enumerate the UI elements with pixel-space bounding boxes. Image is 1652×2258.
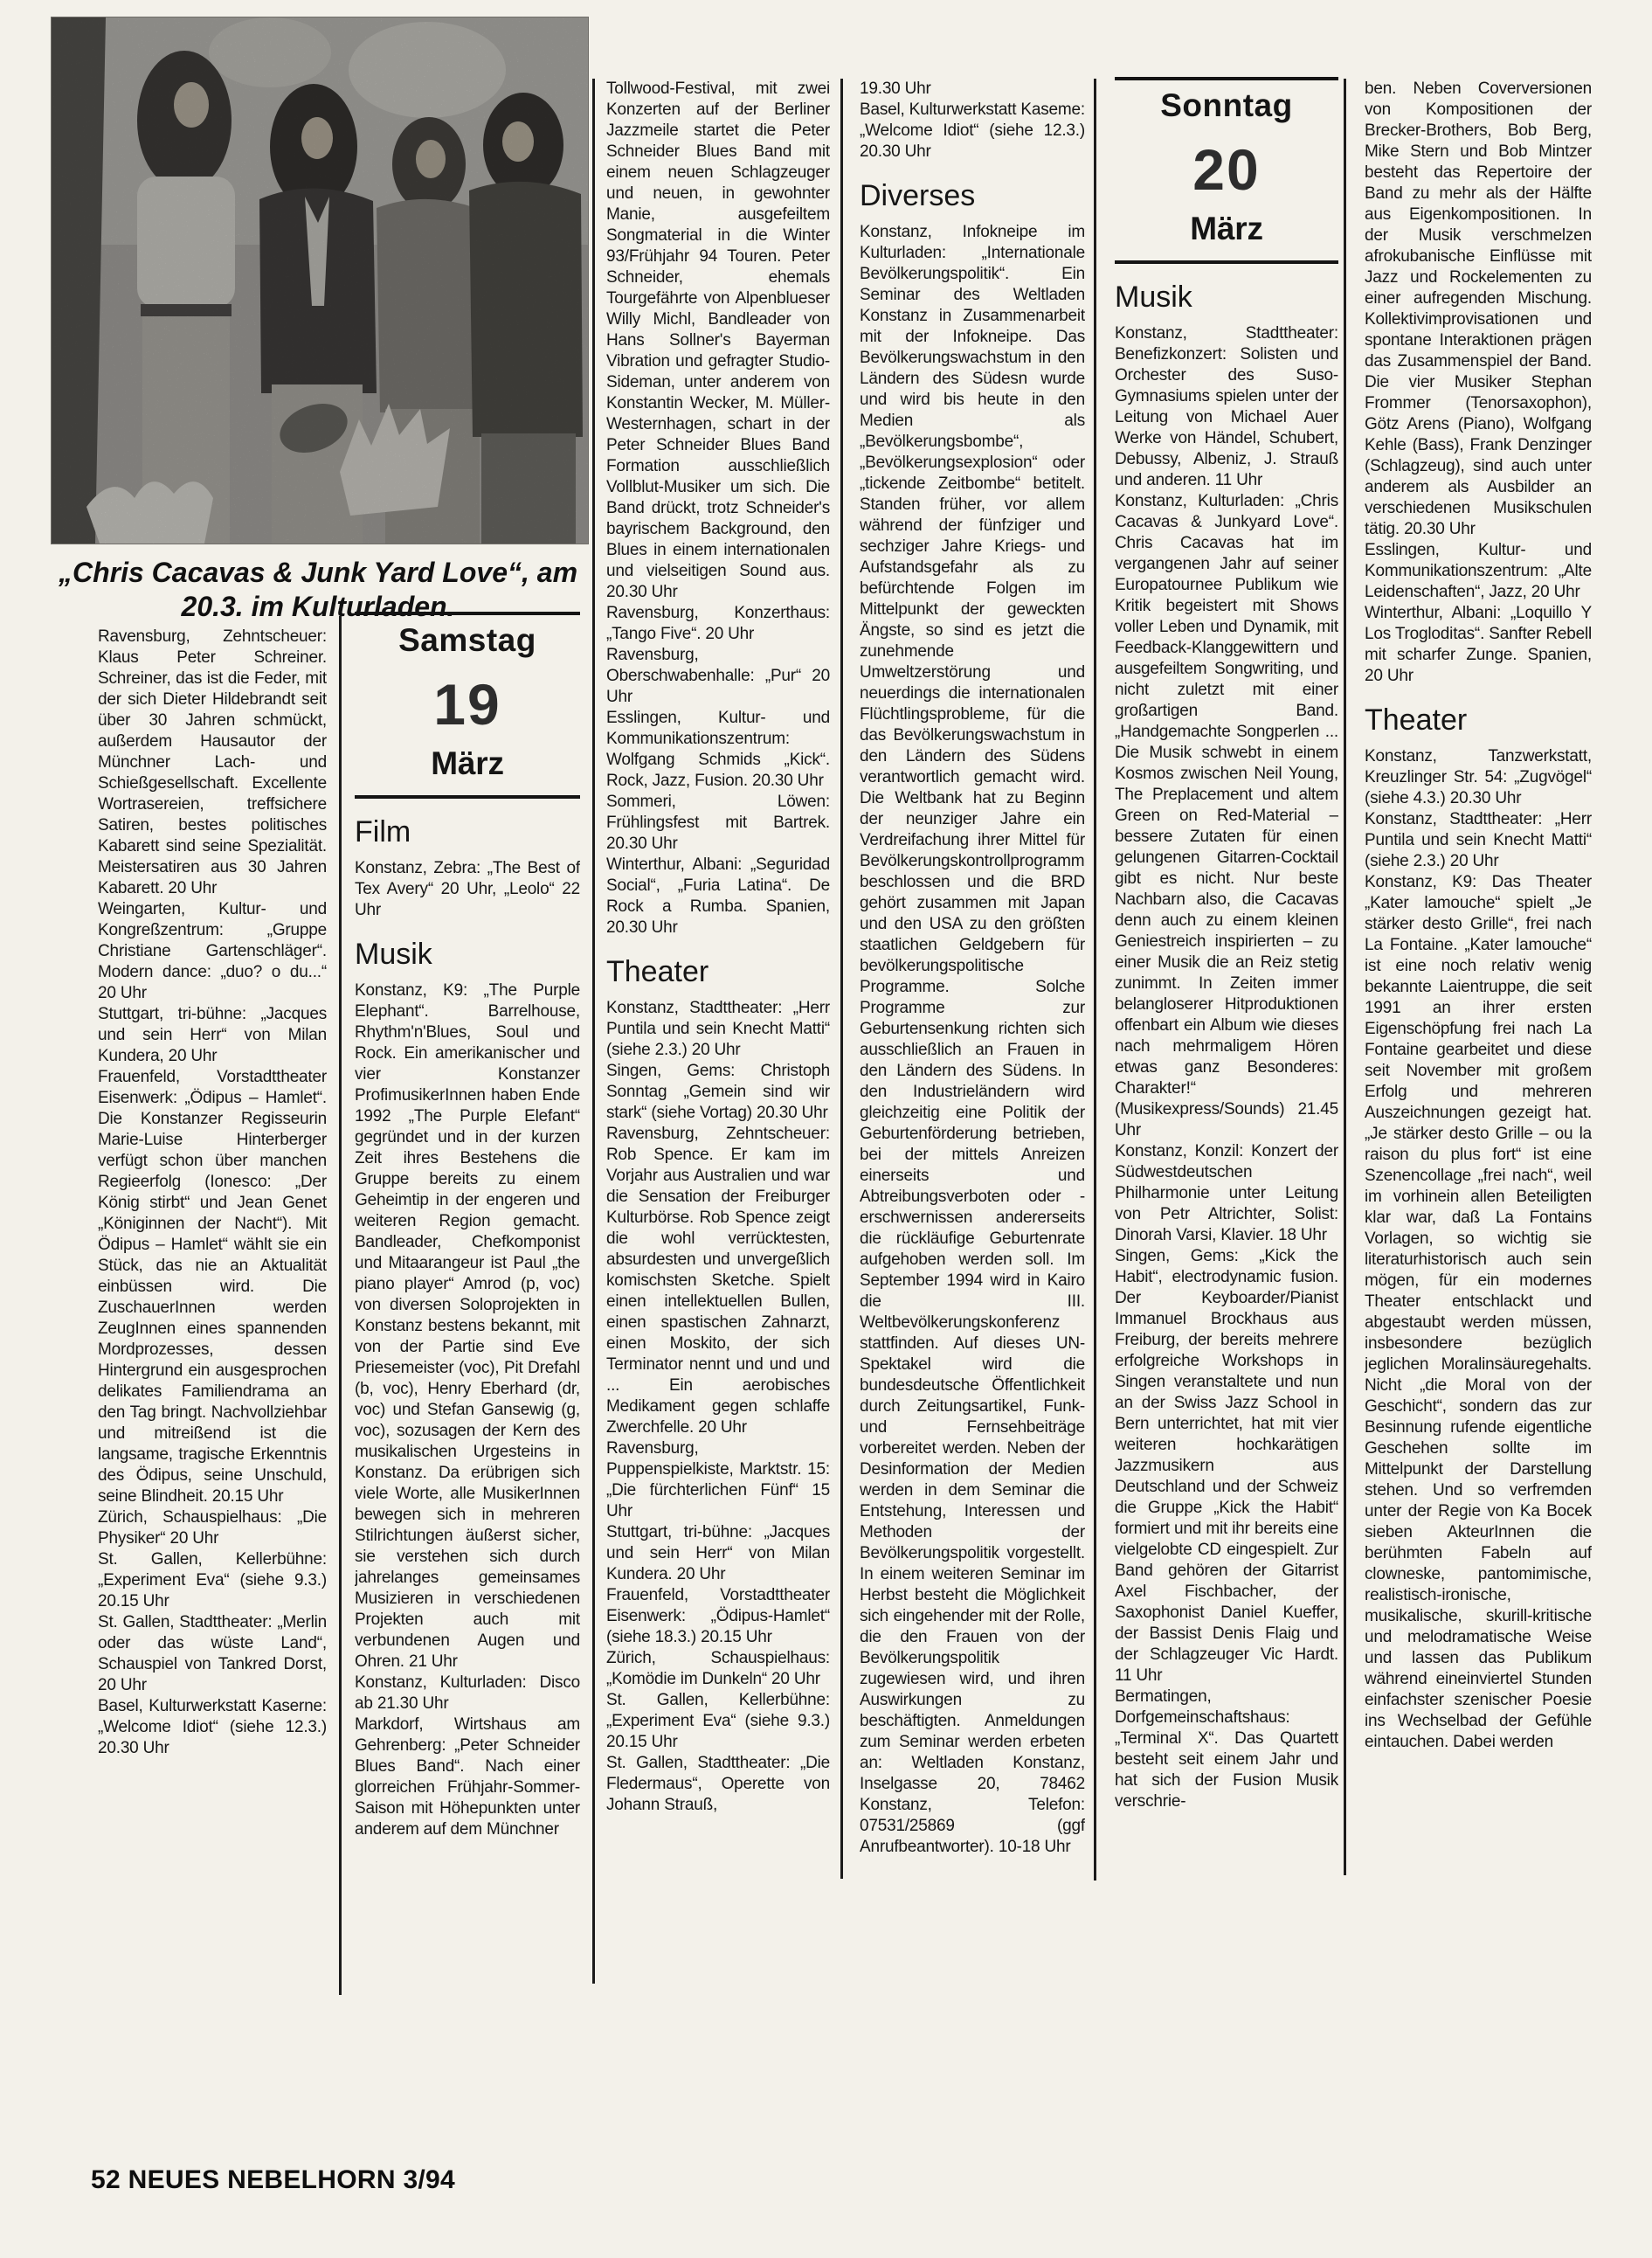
event-entry: Ravensburg, Zehntscheuer: Rob Spence. Er… <box>606 1124 830 1438</box>
event-entry: Markdorf, Wirtshaus am Gehrenberg: „Pete… <box>355 1714 580 1840</box>
event-entry: Winterthur, Albani: „Seguridad Social“, … <box>606 855 830 939</box>
event-entry: Singen, Gems: Christoph Sonntag „Gemein … <box>606 1061 830 1124</box>
event-entry: Singen, Gems: „Kick the Habit“, electrod… <box>1115 1246 1338 1687</box>
band-photo-graphic <box>52 17 588 544</box>
column-divider-4 <box>1094 79 1096 1881</box>
section-heading: Musik <box>355 937 580 972</box>
event-entry: Konstanz, Stadttheater: „Herr Puntila un… <box>1365 809 1592 872</box>
day-name: Samstag <box>355 620 580 661</box>
month-name: März <box>355 745 580 783</box>
event-entry: Konstanz, K9: „The Purple Elephant“. Bar… <box>355 980 580 1673</box>
event-entry: Stuttgart, tri-bühne: „Jacques und sein … <box>98 1004 327 1067</box>
text-column-2: Samstag19MärzFilmKonstanz, Zebra: „The B… <box>355 612 580 1979</box>
event-entry: St. Gallen, Stadttheater: „Die Fledermau… <box>606 1753 830 1816</box>
event-entry: Konstanz, Kulturladen: „Chris Cacavas & … <box>1115 491 1338 1141</box>
text-column-6: ben. Neben Coverversionen von Kompositio… <box>1365 79 1592 1877</box>
day-name: Sonntag <box>1115 86 1338 126</box>
month-name: März <box>1115 210 1338 248</box>
section-heading: Musik <box>1115 280 1338 315</box>
publication-footer: 52 NEUES NEBELHORN 3/94 <box>91 2165 455 2195</box>
section-heading: Diverses <box>860 178 1085 213</box>
event-entry: Zürich, Schauspielhaus: „Komödie im Dunk… <box>606 1648 830 1690</box>
band-photo <box>52 17 588 544</box>
column-divider-1 <box>339 616 342 1995</box>
event-entry: Bermatingen, Dorfgemeinschaftshaus: „Ter… <box>1115 1687 1338 1812</box>
photo-caption-line1: „Chris Cacavas & Junk Yard Love“, am <box>35 556 601 590</box>
event-entry: Esslingen, Kultur- und Kommunikationszen… <box>606 708 830 792</box>
event-entry: Zürich, Schauspielhaus: „Die Physiker“ 2… <box>98 1507 327 1549</box>
day-header-box: Sonntag20März <box>1115 77 1338 264</box>
section-heading: Film <box>355 814 580 849</box>
event-entry: Winterthur, Albani: „Loquillo Y Los Trog… <box>1365 603 1592 687</box>
section-heading: Theater <box>1365 703 1592 738</box>
event-entry: Konstanz, Kulturladen: Disco ab 21.30 Uh… <box>355 1673 580 1714</box>
column-divider-5 <box>1344 79 1346 1875</box>
column-divider-2 <box>592 79 595 1984</box>
event-entry: Tollwood-Festival, mit zwei Konzerten au… <box>606 79 830 603</box>
event-entry: Esslingen, Kultur- und Kommunikationszen… <box>1365 540 1592 603</box>
section-heading: Theater <box>606 954 830 989</box>
event-entry: St. Gallen, Kellerbühne: „Experiment Eva… <box>606 1690 830 1753</box>
event-entry: Sommeri, Löwen: Frühlingsfest mit Bartre… <box>606 792 830 855</box>
day-header-box: Samstag19März <box>355 612 580 799</box>
event-entry: Basel, Kulturwerkstatt Kaserne: „Welcome… <box>98 1696 327 1759</box>
event-entry: Konstanz, Stadttheater: „Herr Puntila un… <box>606 998 830 1061</box>
event-entry: St. Gallen, Stadttheater: „Merlin oder d… <box>98 1612 327 1696</box>
text-column-5: Sonntag20MärzMusikKonstanz, Stadttheater… <box>1115 77 1338 1877</box>
day-number: 19 <box>355 673 580 736</box>
event-entry: Basel, Kulturwerkstatt Kaseme: „Welcome … <box>860 100 1085 163</box>
event-entry: Weingarten, Kultur- und Kongreßzentrum: … <box>98 899 327 1004</box>
event-entry: St. Gallen, Kellerbühne: „Experiment Eva… <box>98 1549 327 1612</box>
event-entry: Ravensburg, Puppenspielkiste, Marktstr. … <box>606 1438 830 1522</box>
event-entry: Ravensburg, Oberschwabenhalle: „Pur“ 20 … <box>606 645 830 708</box>
event-entry: Konstanz, Infokneipe im Kulturladen: „In… <box>860 222 1085 1858</box>
text-column-1: Ravensburg, Zehntscheuer: Klaus Peter Sc… <box>98 627 327 1894</box>
event-entry: Konstanz, K9: Das Theater „Kater lamouch… <box>1365 872 1592 1753</box>
column-divider-3 <box>840 79 843 1879</box>
magazine-page: „Chris Cacavas & Junk Yard Love“, am 20.… <box>0 0 1652 2258</box>
event-entry: 19.30 Uhr <box>860 79 1085 100</box>
text-column-3: Tollwood-Festival, mit zwei Konzerten au… <box>606 79 830 1877</box>
day-number: 20 <box>1115 138 1338 201</box>
event-entry: Konstanz, Stadttheater: Benefizkonzert: … <box>1115 323 1338 491</box>
event-entry: Ravensburg, Konzerthaus: „Tango Five“. 2… <box>606 603 830 645</box>
event-entry: ben. Neben Coverversionen von Kompositio… <box>1365 79 1592 540</box>
text-column-4: 19.30 UhrBasel, Kulturwerkstatt Kaseme: … <box>860 79 1085 1868</box>
event-entry: Ravensburg, Zehntscheuer: Klaus Peter Sc… <box>98 627 327 899</box>
event-entry: Konstanz, Konzil: Konzert der Südwestdeu… <box>1115 1141 1338 1246</box>
event-entry: Frauenfeld, Vorstadttheater Eisenwerk: „… <box>606 1585 830 1648</box>
event-entry: Frauenfeld, Vorstadttheater Eisenwerk: „… <box>98 1067 327 1507</box>
event-entry: Stuttgart, tri-bühne: „Jacques und sein … <box>606 1522 830 1585</box>
event-entry: Konstanz, Zebra: „The Best of Tex Avery“… <box>355 858 580 921</box>
event-entry: Konstanz, Tanzwerkstatt, Kreuzlinger Str… <box>1365 746 1592 809</box>
